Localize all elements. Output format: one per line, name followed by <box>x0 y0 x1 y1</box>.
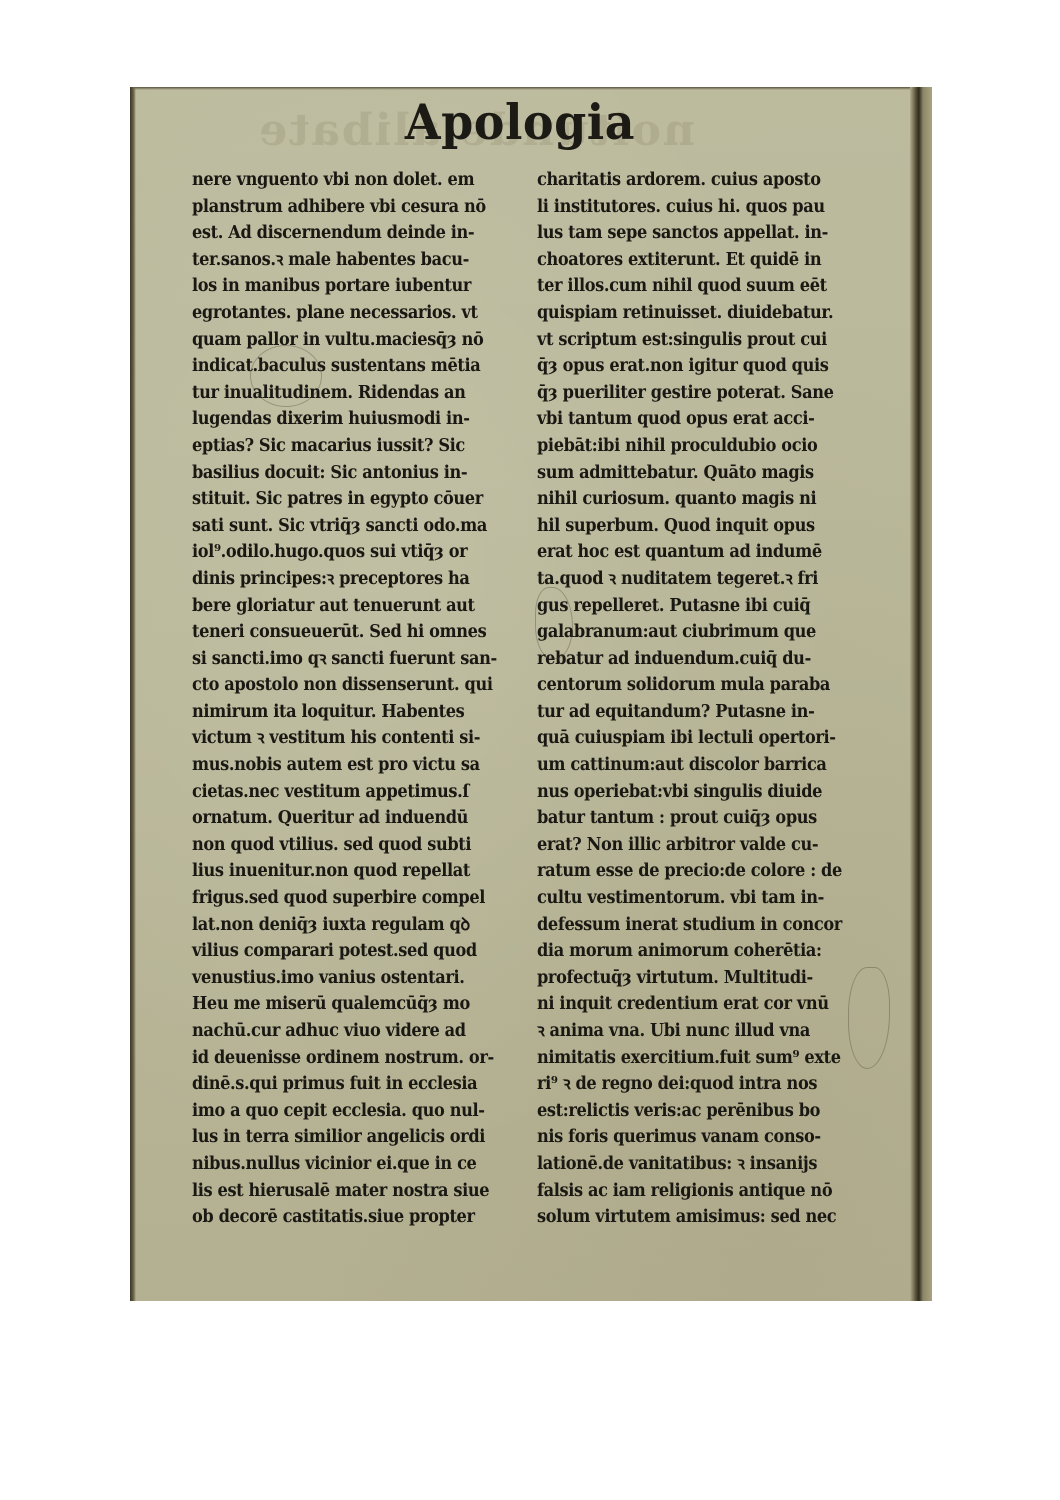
text-line: basilius docuit: Sic antonius in- <box>192 460 506 487</box>
page-top-edge <box>130 87 932 90</box>
text-line: q̄ȝ pueriliter gestire poterat. Sane <box>537 380 849 407</box>
text-line: nimirum ita loquitur. Habentes <box>192 699 506 726</box>
text-line: vilius comparari potest.sed quod <box>192 938 506 965</box>
text-line: venustius.imo vanius ostentari. <box>192 965 506 992</box>
text-line: ni inquit credentium erat cor vnū <box>537 991 849 1018</box>
text-line: ri⁹ ꝛ de regno dei:quod intra nos <box>537 1071 849 1098</box>
text-line: lus in terra similior angelicis ordi <box>192 1124 506 1151</box>
text-line: non quod vtilius. sed quod subti <box>192 832 506 859</box>
text-column-right: charitatis ardorem. cuius apostoli insti… <box>537 167 872 1231</box>
text-line: batur tantum : prout cuiq̄ȝ opus <box>537 805 849 832</box>
text-line: quam pallor in vultu.maciesq̄ȝ nō <box>192 327 506 354</box>
text-line: sum admittebatur. Quāto magis <box>537 460 849 487</box>
text-line: est. Ad discernendum deinde in- <box>192 220 506 247</box>
page-left-edge <box>130 87 136 1301</box>
text-line: cto apostolo non dissenserunt. qui <box>192 672 506 699</box>
text-line: nimitatis exercitium.fuit sum⁹ exte <box>537 1045 849 1072</box>
text-line: si sancti.imo qꝛ sancti fuerunt san- <box>192 646 506 673</box>
text-line: frigus.sed quod superbire compel <box>192 885 506 912</box>
text-line: eptias? Sic macarius iussit? Sic <box>192 433 506 460</box>
text-line: sati sunt. Sic vtriq̄ȝ sancti odo.ma <box>192 513 506 540</box>
text-line: galabranum:aut ciubrimum que <box>537 619 849 646</box>
text-line: est:relictis veris:ac perēnibus bo <box>537 1098 849 1125</box>
book-binding-shadow <box>910 87 932 1301</box>
text-line: dia morum animorum coherētia: <box>537 938 849 965</box>
text-line: vbi tantum quod opus erat acci- <box>537 406 849 433</box>
text-line: ꝛ anima vna. Ubi nunc illud vna <box>537 1018 849 1045</box>
text-line: victum ꝛ vestitum his contenti si- <box>192 725 506 752</box>
text-line: tur inualitudinem. Ridendas an <box>192 380 506 407</box>
text-line: solum virtutem amisimus: sed nec <box>537 1204 849 1231</box>
text-column-left: nere vnguento vbi non dolet. emplanstrum… <box>192 167 530 1231</box>
text-line: ter illos.cum nihil quod suum eēt <box>537 273 849 300</box>
text-line: nihil curiosum. quanto magis ni <box>537 486 849 513</box>
text-line: ornatum. Queritur ad induendū <box>192 805 506 832</box>
text-line: id deuenisse ordinem nostrum. or- <box>192 1045 506 1072</box>
text-line: tur ad equitandum? Putasne in- <box>537 699 849 726</box>
text-line: nus operiebat:vbi singulis diuide <box>537 779 849 806</box>
scanned-page: noitunde alibate Apologia nere vnguento … <box>130 87 932 1301</box>
text-line: los in manibus portare iubentur <box>192 273 506 300</box>
text-line: q̄ȝ opus erat.non igitur quod quis <box>537 353 849 380</box>
text-line: defessum inerat studium in concor <box>537 912 849 939</box>
text-line: planstrum adhibere vbi cesura nō <box>192 194 506 221</box>
text-line: indicat.baculus sustentans mētia <box>192 353 506 380</box>
text-line: quispiam retinuisset. diuidebatur. <box>537 300 849 327</box>
text-line: ter.sanos.ꝛ male habentes bacu- <box>192 247 506 274</box>
text-line: gus repelleret. Putasne ibi cuiq̄ <box>537 593 849 620</box>
text-line: quā cuiuspiam ibi lectuli opertori- <box>537 725 849 752</box>
text-line: cultu vestimentorum. vbi tam in- <box>537 885 849 912</box>
text-line: hil superbum. Quod inquit opus <box>537 513 849 540</box>
text-line: nibus.nullus vicinior ei.que in ce <box>192 1151 506 1178</box>
text-line: ta.quod ꝛ nuditatem tegeret.ꝛ fri <box>537 566 849 593</box>
text-line: nachū.cur adhuc viuo videre ad <box>192 1018 506 1045</box>
text-line: lationē.de vanitatibus: ꝛ insanijs <box>537 1151 849 1178</box>
text-line: choatores extiterunt. Et quidē in <box>537 247 849 274</box>
text-line: erat hoc est quantum ad indumē <box>537 539 849 566</box>
text-line: egrotantes. plane necessarios. vt <box>192 300 506 327</box>
text-line: ratum esse de precio:de colore : de <box>537 858 849 885</box>
text-line: nis foris querimus vanam conso- <box>537 1124 849 1151</box>
page-title: Apologia <box>130 94 910 151</box>
text-line: iol⁹.odilo.hugo.quos sui vtiq̄ȝ or <box>192 539 506 566</box>
text-line: stituit. Sic patres in egypto cōuer <box>192 486 506 513</box>
text-line: charitatis ardorem. cuius aposto <box>537 167 849 194</box>
text-line: teneri consueuerūt. Sed hi omnes <box>192 619 506 646</box>
text-line: lugendas dixerim huiusmodi in- <box>192 406 506 433</box>
text-line: lius inuenitur.non quod repellat <box>192 858 506 885</box>
text-line: piebāt:ibi nihil proculdubio ocio <box>537 433 849 460</box>
text-line: bere gloriatur aut tenuerunt aut <box>192 593 506 620</box>
text-line: mus.nobis autem est pro victu sa <box>192 752 506 779</box>
text-line: li institutores. cuius hi. quos pau <box>537 194 849 221</box>
text-line: imo a quo cepit ecclesia. quo nul- <box>192 1098 506 1125</box>
text-line: lis est hierusalē mater nostra siue <box>192 1178 506 1205</box>
text-line: rebatur ad induendum.cuiq̄ du- <box>537 646 849 673</box>
text-line: lat.non deniq̄ȝ iuxta regulam qꝺ <box>192 912 506 939</box>
text-line: erat? Non illic arbitror valde cu- <box>537 832 849 859</box>
text-line: centorum solidorum mula paraba <box>537 672 849 699</box>
text-line: nere vnguento vbi non dolet. em <box>192 167 506 194</box>
text-line: Heu me miserū qualemcūq̄ȝ mo <box>192 991 506 1018</box>
text-line: dinē.s.qui primus fuit in ecclesia <box>192 1071 506 1098</box>
text-line: vt scriptum est:singulis prout cui <box>537 327 849 354</box>
text-line: dinis principes:ꝛ preceptores ha <box>192 566 506 593</box>
text-line: falsis ac iam religionis antique nō <box>537 1178 849 1205</box>
text-line: profectuq̄ȝ virtutum. Multitudi- <box>537 965 849 992</box>
text-line: lus tam sepe sanctos appellat. in- <box>537 220 849 247</box>
text-line: ob decorē castitatis.siue propter <box>192 1204 506 1231</box>
text-line: um cattinum:aut discolor barrica <box>537 752 849 779</box>
text-line: cietas.nec vestitum appetimus.ſ <box>192 779 506 806</box>
